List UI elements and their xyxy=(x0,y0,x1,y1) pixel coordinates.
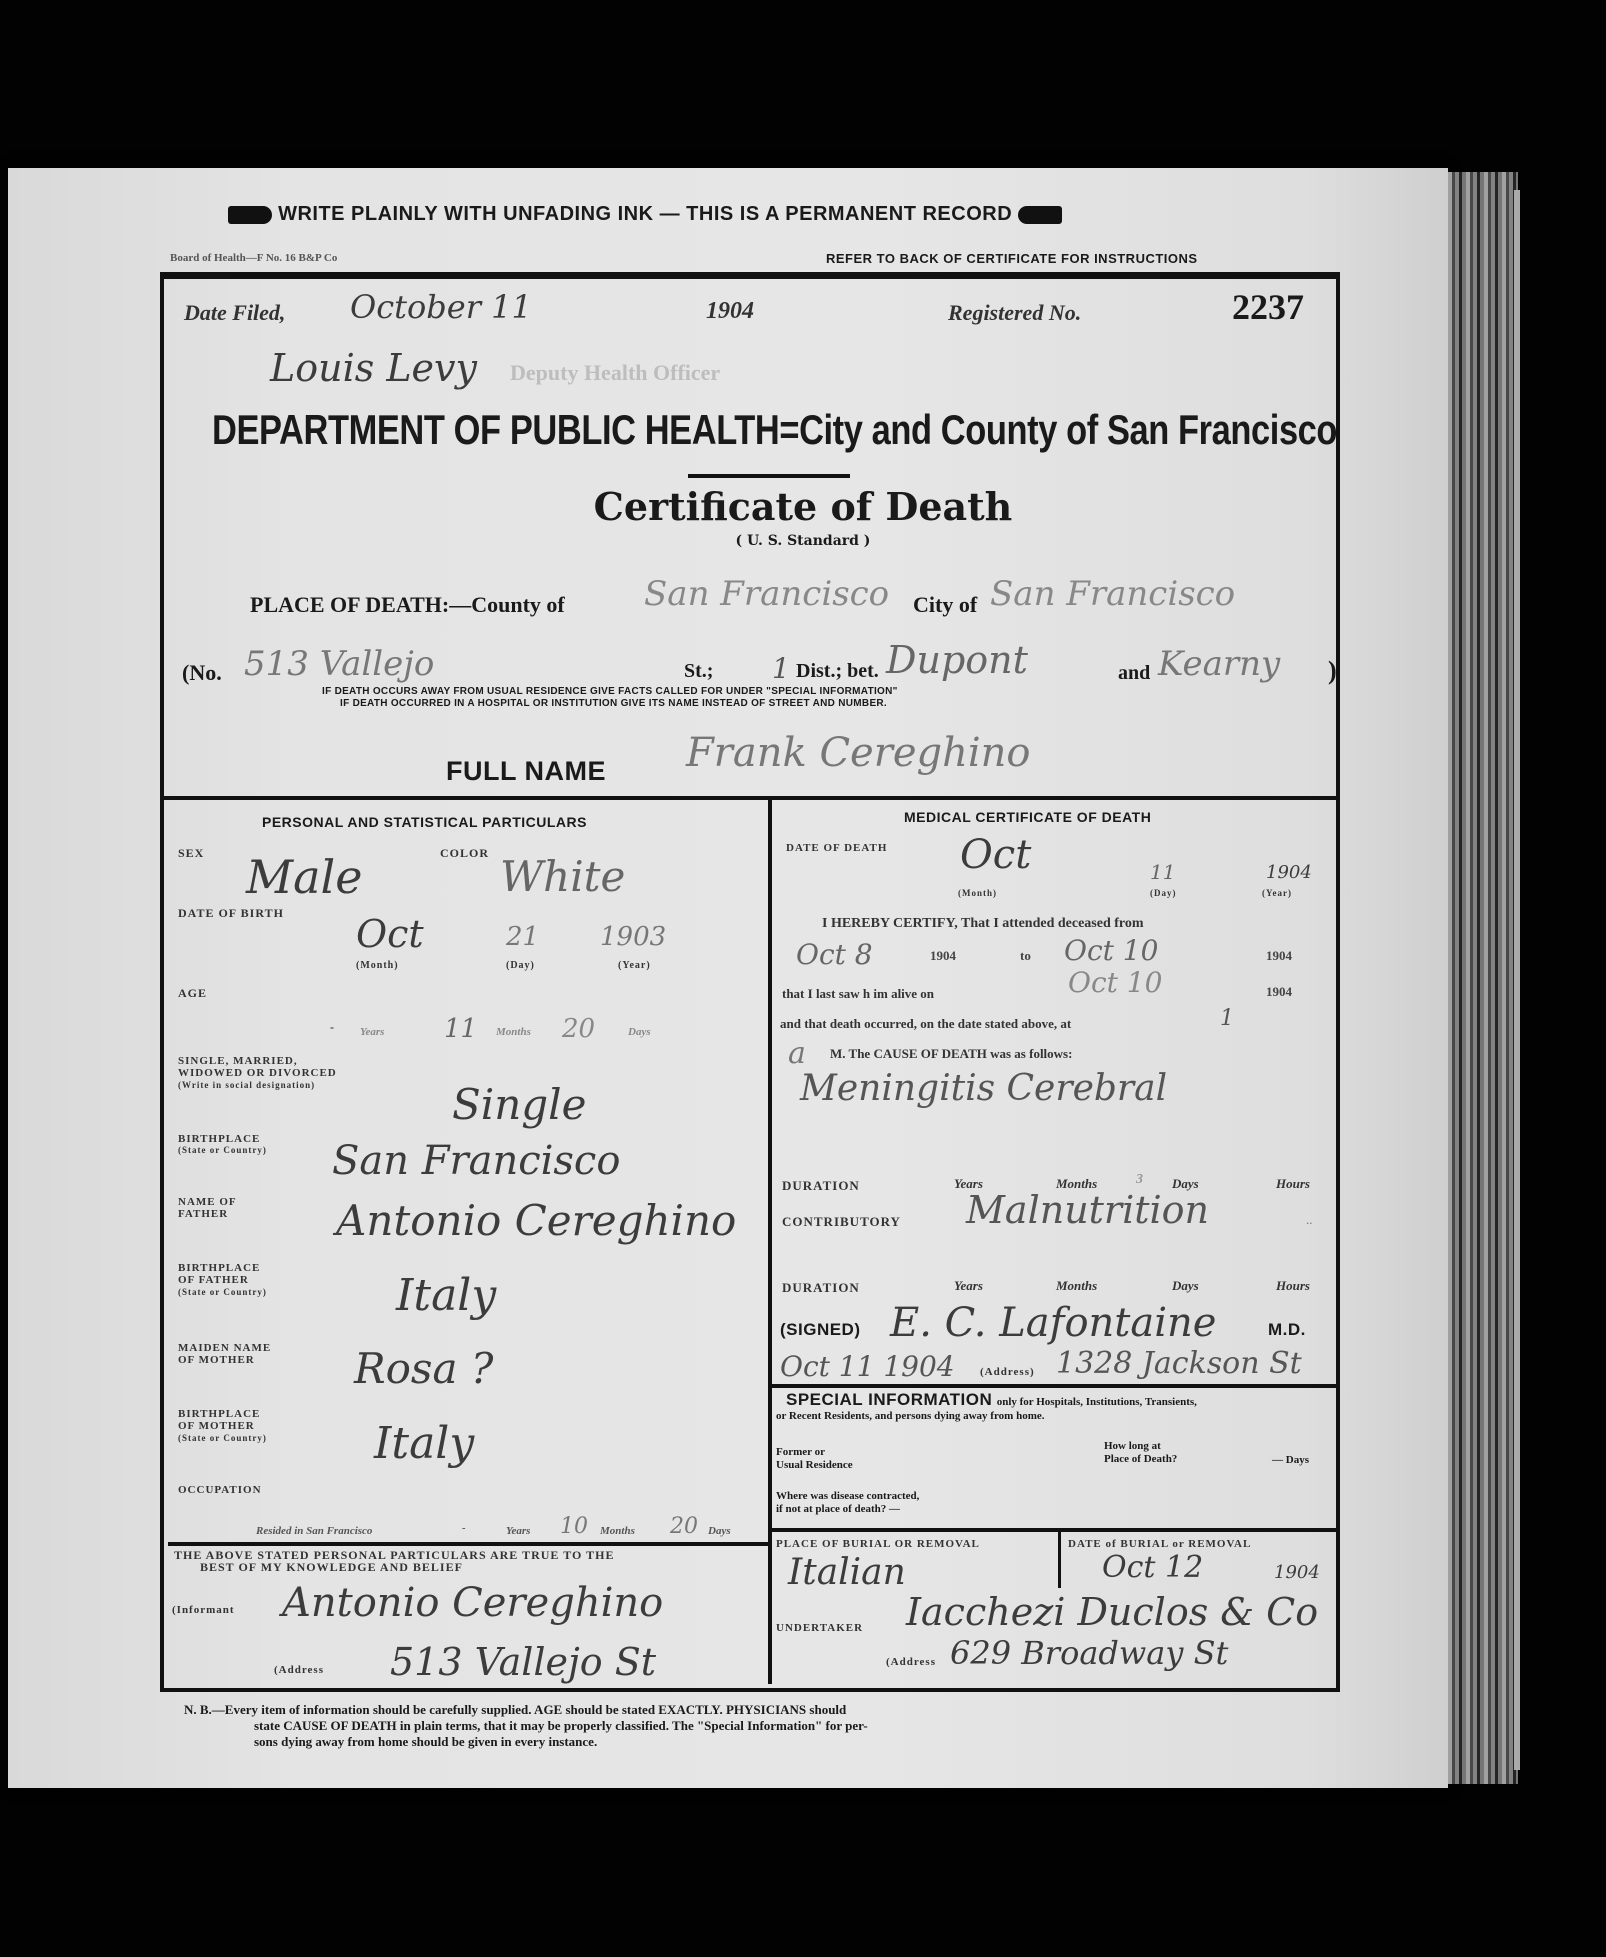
full-name-label: FULL NAME xyxy=(446,756,606,787)
undertaker-value: Iacchezi Duclos & Co xyxy=(906,1590,1318,1634)
birthplace-label-line2: (State or Country) xyxy=(178,1145,267,1156)
close-paren: ) xyxy=(1328,656,1337,686)
burial-date-year: 1904 xyxy=(1274,1562,1320,1583)
dob-day: 21 xyxy=(506,922,539,952)
resided-days-value: 20 xyxy=(670,1514,698,1539)
resided-dash: - xyxy=(462,1522,466,1534)
page-stack-highlight xyxy=(1514,190,1520,1770)
mother-label-line1: MAIDEN NAME xyxy=(178,1342,271,1354)
district-value: 1 xyxy=(772,652,790,685)
birthplace-label-line1: BIRTHPLACE xyxy=(178,1134,267,1145)
duration-months-label-2: Months xyxy=(1056,1278,1097,1294)
street-no-label: (No. xyxy=(182,660,222,686)
father-label-line1: NAME OF xyxy=(178,1196,237,1208)
marital-label-line1: SINGLE, MARRIED, xyxy=(178,1055,337,1067)
contributory-label: CONTRIBUTORY xyxy=(782,1214,901,1230)
column-divider xyxy=(768,800,772,1684)
special-divider xyxy=(770,1384,1336,1388)
informant-statement: THE ABOVE STATED PERSONAL PARTICULARS AR… xyxy=(174,1549,614,1573)
registered-number: 2237 xyxy=(1232,286,1304,328)
age-label: AGE xyxy=(178,986,207,1001)
mother-bp-line2: OF MOTHER xyxy=(178,1420,267,1432)
informant-statement-line2: BEST OF MY KNOWLEDGE AND BELIEF xyxy=(174,1561,614,1573)
burial-column-divider xyxy=(1058,1532,1061,1588)
last-saw-value: Oct 10 xyxy=(1068,966,1162,999)
city-label: City of xyxy=(913,592,977,618)
officer-signature: Louis Levy xyxy=(270,346,477,390)
undertaker-address-label: (Address xyxy=(886,1656,936,1668)
dob-month-label: (Month) xyxy=(356,960,399,971)
death-occurred-text: and that death occurred, on the date sta… xyxy=(780,1016,1071,1032)
dod-day-label: (Day) xyxy=(1150,888,1177,898)
father-value: Antonio Cereghino xyxy=(336,1196,736,1245)
dod-year: 1904 xyxy=(1266,862,1312,883)
resided-days-label: Days xyxy=(708,1525,731,1537)
dist-label: Dist.; bet. xyxy=(796,660,879,683)
cause-text: M. The CAUSE OF DEATH was as follows: xyxy=(830,1046,1072,1062)
signed-label: (SIGNED) xyxy=(780,1320,861,1340)
death-time-value: 1 xyxy=(1220,1006,1234,1031)
father-bp-line1: BIRTHPLACE xyxy=(178,1262,267,1274)
last-saw-year: 1904 xyxy=(1266,984,1292,1000)
special-heading-line2: or Recent Residents, and persons dying a… xyxy=(776,1410,1045,1422)
dob-year-label: (Year) xyxy=(618,960,651,971)
filing-year: 1904 xyxy=(706,298,754,325)
burial-divider xyxy=(770,1528,1336,1532)
physician-address: 1328 Jackson St xyxy=(1056,1346,1302,1381)
physician-address-label: (Address) xyxy=(980,1366,1035,1378)
mother-birthplace-label: BIRTHPLACE OF MOTHER (State or Country) xyxy=(178,1408,267,1444)
to-label: to xyxy=(1020,948,1031,964)
department-title: DEPARTMENT OF PUBLIC HEALTH=City and Cou… xyxy=(212,406,1337,454)
section-divider xyxy=(160,796,1340,800)
informant-name: Antonio Cereghino xyxy=(282,1580,663,1626)
burial-place-label: PLACE OF BURIAL OR REMOVAL xyxy=(776,1538,980,1550)
dod-year-label: (Year) xyxy=(1262,888,1292,898)
between-street-1: Dupont xyxy=(886,638,1028,682)
am-pm-value: a xyxy=(788,1036,806,1071)
contributory-suffix: .. xyxy=(1306,1212,1313,1228)
undertaker-label: UNDERTAKER xyxy=(776,1622,863,1634)
former-residence-label: Former or Usual Residence xyxy=(776,1446,853,1472)
informant-label: (Informant xyxy=(172,1604,235,1616)
certificate-title: Certificate of Death xyxy=(0,484,1606,529)
age-days-label: Days xyxy=(628,1026,651,1038)
registered-label: Registered No. xyxy=(948,300,1081,326)
former-label-line1: Former or xyxy=(776,1446,853,1459)
marital-label-line3: (Write in social designation) xyxy=(178,1079,337,1091)
footnote: N. B.—Every item of information should b… xyxy=(184,1702,868,1750)
duration-label-1: DURATION xyxy=(782,1178,860,1194)
birthplace-value: San Francisco xyxy=(332,1138,620,1184)
instructions-note: REFER TO BACK OF CERTIFICATE FOR INSTRUC… xyxy=(826,251,1198,266)
dod-month: Oct xyxy=(960,832,1031,878)
footnote-line3: sons dying away from home should be give… xyxy=(184,1734,868,1750)
resided-months-label: Months xyxy=(600,1525,635,1537)
father-label-line2: FATHER xyxy=(178,1208,237,1220)
dob-label: DATE OF BIRTH xyxy=(178,906,284,921)
father-bp-line2: OF FATHER xyxy=(178,1274,267,1286)
form-id: Board of Health—F No. 16 B&P Co xyxy=(170,252,337,264)
banner-text: WRITE PLAINLY WITH UNFADING INK — THIS I… xyxy=(278,203,1012,225)
officer-title: Deputy Health Officer xyxy=(510,360,720,386)
occupation-label: OCCUPATION xyxy=(178,1484,262,1496)
father-bp-line3: (State or Country) xyxy=(178,1286,267,1298)
special-heading: SPECIAL INFORMATION only for Hospitals, … xyxy=(786,1390,1197,1410)
banner: WRITE PLAINLY WITH UNFADING INK — THIS I… xyxy=(228,203,1062,226)
attended-to-year: 1904 xyxy=(1266,948,1292,964)
pointing-hand-icon xyxy=(228,206,272,224)
signed-date: Oct 11 1904 xyxy=(780,1350,955,1383)
sex-value: Male xyxy=(246,850,362,904)
mother-bp-line1: BIRTHPLACE xyxy=(178,1408,267,1420)
father-birthplace-value: Italy xyxy=(396,1270,496,1321)
informant-divider xyxy=(168,1542,768,1546)
marital-value: Single xyxy=(452,1080,586,1129)
age-years-label: Years xyxy=(360,1026,384,1038)
birthplace-label: BIRTHPLACE (State or Country) xyxy=(178,1134,267,1156)
attended-to: Oct 10 xyxy=(1064,934,1158,967)
footnote-line2: state CAUSE OF DEATH in plain terms, tha… xyxy=(184,1718,868,1734)
and-label: and xyxy=(1118,662,1150,685)
date-filed-value: October 11 xyxy=(350,288,532,326)
age-dash: - xyxy=(330,1020,335,1035)
sex-label: SEX xyxy=(178,846,204,861)
dob-day-label: (Day) xyxy=(506,960,535,971)
residence-note-line2: IF DEATH OCCURRED IN A HOSPITAL OR INSTI… xyxy=(340,698,887,709)
special-heading-rest: only for Hospitals, Institutions, Transi… xyxy=(997,1396,1197,1408)
duration-hours-label-1: Hours xyxy=(1276,1176,1310,1192)
how-long-label-line2: Place of Death? xyxy=(1104,1453,1177,1466)
dod-day: 11 xyxy=(1150,860,1175,884)
age-days-value: 20 xyxy=(562,1014,595,1044)
burial-date-label: DATE of BURIAL or REMOVAL xyxy=(1068,1538,1251,1550)
father-birthplace-label: BIRTHPLACE OF FATHER (State or Country) xyxy=(178,1262,267,1298)
burial-date-value: Oct 12 xyxy=(1102,1550,1203,1585)
age-months-label: Months xyxy=(496,1026,531,1038)
mother-label: MAIDEN NAME OF MOTHER xyxy=(178,1342,271,1366)
st-label: St.; xyxy=(684,660,713,683)
dod-month-label: (Month) xyxy=(958,888,997,898)
father-label: NAME OF FATHER xyxy=(178,1196,237,1220)
mother-bp-line3: (State or Country) xyxy=(178,1432,267,1444)
county-value: San Francisco xyxy=(644,574,889,614)
page-stack-edge xyxy=(1448,172,1518,1784)
pointing-hand-icon xyxy=(1018,206,1062,224)
former-label-line2: Usual Residence xyxy=(776,1459,853,1472)
mother-label-line2: OF MOTHER xyxy=(178,1354,271,1366)
place-of-death-label: PLACE OF DEATH:—County of xyxy=(250,592,565,618)
contracted-value: — xyxy=(889,1503,900,1515)
resided-years-label: Years xyxy=(506,1525,530,1537)
footnote-line1: N. B.—Every item of information should b… xyxy=(184,1702,868,1718)
attended-from-year: 1904 xyxy=(930,948,956,964)
marital-label-line2: WIDOWED OR DIVORCED xyxy=(178,1067,337,1079)
md-label: M.D. xyxy=(1268,1320,1306,1340)
physician-signature: E. C. Lafontaine xyxy=(890,1300,1216,1346)
mother-value: Rosa ? xyxy=(354,1344,493,1393)
full-name-value: Frank Cereghino xyxy=(686,730,1031,776)
informant-address-label: (Address xyxy=(274,1664,324,1676)
city-value: San Francisco xyxy=(990,574,1235,614)
cause-value: Meningitis Cerebral xyxy=(800,1068,1167,1109)
last-saw-text: that I last saw h im alive on xyxy=(782,986,934,1002)
age-months-value: 11 xyxy=(444,1014,477,1044)
medical-heading: MEDICAL CERTIFICATE OF DEATH xyxy=(904,809,1151,825)
mother-birthplace-value: Italy xyxy=(374,1418,474,1469)
duration-label-2: DURATION xyxy=(782,1280,860,1296)
resided-label: Resided in San Francisco xyxy=(256,1525,372,1537)
contracted-label: Where was disease contracted, if not at … xyxy=(776,1490,919,1516)
how-long-label: How long at Place of Death? xyxy=(1104,1440,1177,1466)
marital-label: SINGLE, MARRIED, WIDOWED OR DIVORCED (Wr… xyxy=(178,1055,337,1091)
how-long-label-line1: How long at xyxy=(1104,1440,1177,1453)
contracted-label-line1: Where was disease contracted, xyxy=(776,1490,919,1503)
between-street-2: Kearny xyxy=(1158,644,1280,684)
resided-months-value: 10 xyxy=(560,1514,588,1539)
certificate-standard: ( U. S. Standard ) xyxy=(0,533,1606,549)
duration-years-label-2: Years xyxy=(954,1278,983,1294)
duration-hours-label-2: Hours xyxy=(1276,1278,1310,1294)
special-heading-main: SPECIAL INFORMATION xyxy=(786,1390,992,1409)
how-long-value: — Days xyxy=(1272,1454,1309,1466)
certify-text: I HEREBY CERTIFY, That I attended deceas… xyxy=(822,916,1144,932)
dod-label: DATE OF DEATH xyxy=(786,842,887,854)
dob-month: Oct xyxy=(356,912,424,956)
street-value: 513 Vallejo xyxy=(244,644,434,684)
duration-months-value-1: 3 xyxy=(1136,1172,1143,1188)
contracted-label-line2: if not at place of death? xyxy=(776,1503,886,1515)
color-value: White xyxy=(500,852,625,901)
burial-place-value: Italian xyxy=(788,1552,906,1593)
informant-address: 513 Vallejo St xyxy=(390,1640,656,1684)
undertaker-address: 629 Broadway St xyxy=(950,1634,1228,1672)
dob-year: 1903 xyxy=(600,922,666,952)
contributory-value: Malnutrition xyxy=(966,1188,1209,1232)
attended-from: Oct 8 xyxy=(796,938,873,971)
personal-heading: PERSONAL AND STATISTICAL PARTICULARS xyxy=(262,814,587,830)
title-divider xyxy=(688,474,850,478)
duration-days-label-2: Days xyxy=(1172,1278,1199,1294)
date-filed-label: Date Filed, xyxy=(184,300,285,326)
color-label: COLOR xyxy=(440,846,489,861)
residence-note-line1: IF DEATH OCCURS AWAY FROM USUAL RESIDENC… xyxy=(322,686,898,697)
